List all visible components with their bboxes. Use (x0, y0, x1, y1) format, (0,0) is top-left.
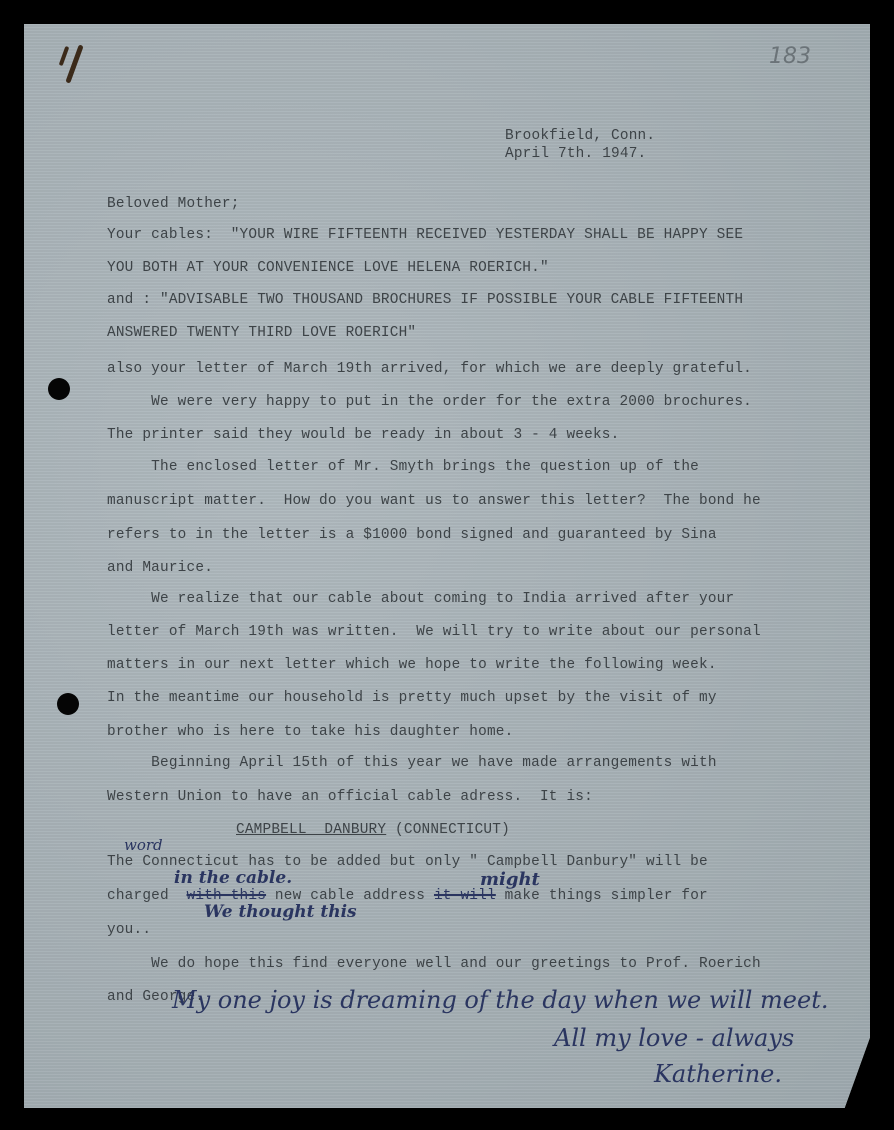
handwritten-signature: Katherine. (654, 1060, 782, 1088)
punch-hole (57, 693, 79, 715)
body-line: ANSWERED TWENTY THIRD LOVE ROERICH" (107, 325, 416, 341)
body-line: In the meantime our household is pretty … (107, 690, 717, 706)
punch-hole (48, 378, 70, 400)
salutation: Beloved Mother; (107, 196, 240, 212)
body-line: We were very happy to put in the order f… (107, 394, 752, 410)
closing-line: We do hope this find everyone well and o… (107, 956, 761, 972)
struck-text: it will (434, 888, 496, 904)
handwritten-we-thought-this: We thought this (204, 902, 357, 922)
body-line: Western Union to have an official cable … (107, 789, 593, 805)
body-line: Beginning April 15th of this year we hav… (107, 755, 717, 771)
body-line: YOU BOTH AT YOUR CONVENIENCE LOVE HELENA… (107, 260, 549, 276)
handwritten-might: might (480, 869, 540, 890)
cable-address-rest: (CONNECTICUT) (386, 822, 510, 838)
body-line: and Maurice. (107, 560, 213, 576)
handwritten-love: All my love - always (554, 1024, 794, 1052)
handwritten-postscript: My one joy is dreaming of the day when w… (172, 986, 828, 1014)
letter-place: Brookfield, Conn. (505, 128, 655, 144)
cable-address: CAMPBELL DANBURY (CONNECTICUT) (236, 822, 510, 838)
handwritten-word-insert: word (124, 836, 163, 854)
ink-stain (59, 46, 70, 66)
letter-page: 183 Brookfield, Conn. April 7th. 1947. B… (24, 24, 870, 1108)
page-number: 183 (769, 44, 811, 69)
handwritten-in-the-cable: in the cable. (174, 868, 292, 888)
body-line: Your cables: "YOUR WIRE FIFTEENTH RECEIV… (107, 227, 743, 243)
body-line: letter of March 19th was written. We wil… (107, 624, 761, 640)
body-line: refers to in the letter is a $1000 bond … (107, 527, 717, 543)
body-line: also your letter of March 19th arrived, … (107, 361, 752, 377)
body-line: you.. (107, 922, 151, 938)
body-line: manuscript matter. How do you want us to… (107, 493, 761, 509)
body-line: brother who is here to take his daughter… (107, 724, 513, 740)
body-line: matters in our next letter which we hope… (107, 657, 717, 673)
body-line: The printer said they would be ready in … (107, 427, 619, 443)
body-line: The enclosed letter of Mr. Smyth brings … (107, 459, 699, 475)
cable-address-underlined: CAMPBELL DANBURY (236, 822, 386, 838)
body-line: We realize that our cable about coming t… (107, 591, 734, 607)
body-line-charged: charged with this new cable address it w… (107, 888, 708, 904)
body-line: and : "ADVISABLE TWO THOUSAND BROCHURES … (107, 292, 743, 308)
letter-date: April 7th. 1947. (505, 146, 646, 162)
